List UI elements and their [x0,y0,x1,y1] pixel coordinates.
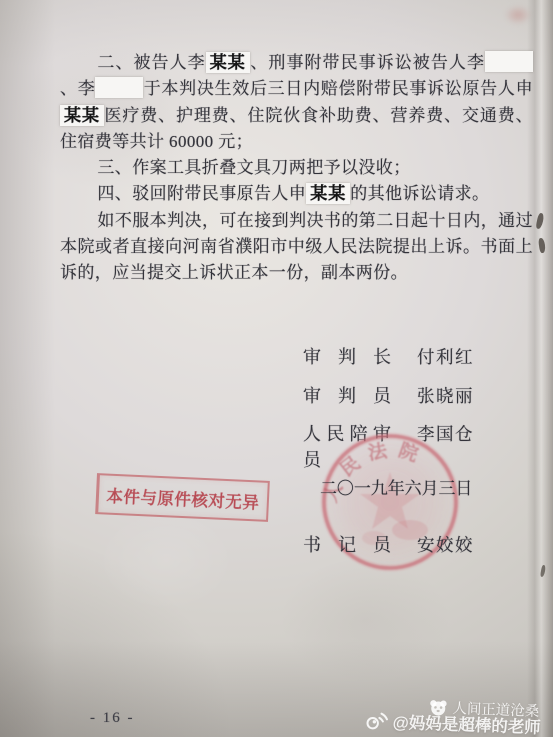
watermark-text-2: @妈妈是超棒的老师 [392,709,541,737]
body-text: 于本判决生效后三日内赔偿附带民事诉讼原告人申 [143,79,533,98]
watermark-line-2: @妈妈是超棒的老师 [364,708,541,737]
binding-mark [535,213,544,230]
paragraph: 四、驳回附带民事原告人申某某的其他诉讼请求。 [60,181,533,207]
paragraph: 如不服本判决，可在接到判决书的第二日起十日内，通过本院或者直接向河南省濮阳市中级… [60,208,533,287]
paragraph: 二、被告人李某某、刑事附带民事诉讼被告人李、李于本判决生效后三日内赔偿附带民事诉… [60,50,533,155]
body-text: 的其他诉讼请求。 [350,184,489,203]
page-number: - 16 - [90,710,135,727]
body-text: 四、驳回附带民事原告人申 [97,184,306,203]
signature-role: 审判员 [303,382,391,408]
signature-name: 付利红 [417,344,474,369]
judgment-date: 二〇一九年六月三日 [320,474,472,499]
weibo-icon [364,710,389,731]
body-text: 三、作案工具折叠文具刀两把予以没收； [97,158,410,177]
redaction-label: 某某 [60,105,104,126]
paragraph: 三、作案工具折叠文具刀两把予以没收； [60,155,533,181]
clerk-role: 书记员 [303,531,391,557]
signature-row: 审判员 张晓丽 [303,382,474,408]
body-text: 、李 [60,79,95,98]
document-body: 二、被告人李某某、刑事附带民事诉讼被告人李、李于本判决生效后三日内赔偿附带民事诉… [60,50,533,287]
binding-mark [538,238,546,254]
redaction-blank [95,77,143,98]
body-text: 医疗费、护理费、住院伙食补助费、营养费、交通费、住宿费等共计 60000 元； [60,106,533,151]
signature-name: 张晓丽 [417,383,474,408]
binding-mark [540,565,546,578]
document-photo: 二、被告人李某某、刑事附带民事诉讼被告人李、李于本判决生效后三日内赔偿附带民事诉… [0,0,553,737]
signature-row: 审判长 付利红 [303,343,474,369]
redaction-blank [485,51,533,72]
watermark: 人间正道沧桑 @妈妈是超棒的老师 [364,694,541,737]
signature-role: 审判长 [303,343,391,369]
verification-stamp: 本件与原件核对无异 [95,473,270,522]
body-text: 如不服本判决，可在接到判决书的第二日起十日内，通过本院或者直接向河南省濮阳市中级… [60,211,533,283]
clerk-name: 安姣姣 [417,532,474,557]
clerk-row: 书记员 安姣姣 [303,531,474,557]
redaction-label: 某某 [306,183,350,204]
ink-smudge [500,2,536,28]
redaction-label: 某某 [206,52,250,73]
body-text: 二、被告人李 [97,53,205,72]
body-text: 、刑事附带民事诉讼被告人李 [250,53,485,72]
